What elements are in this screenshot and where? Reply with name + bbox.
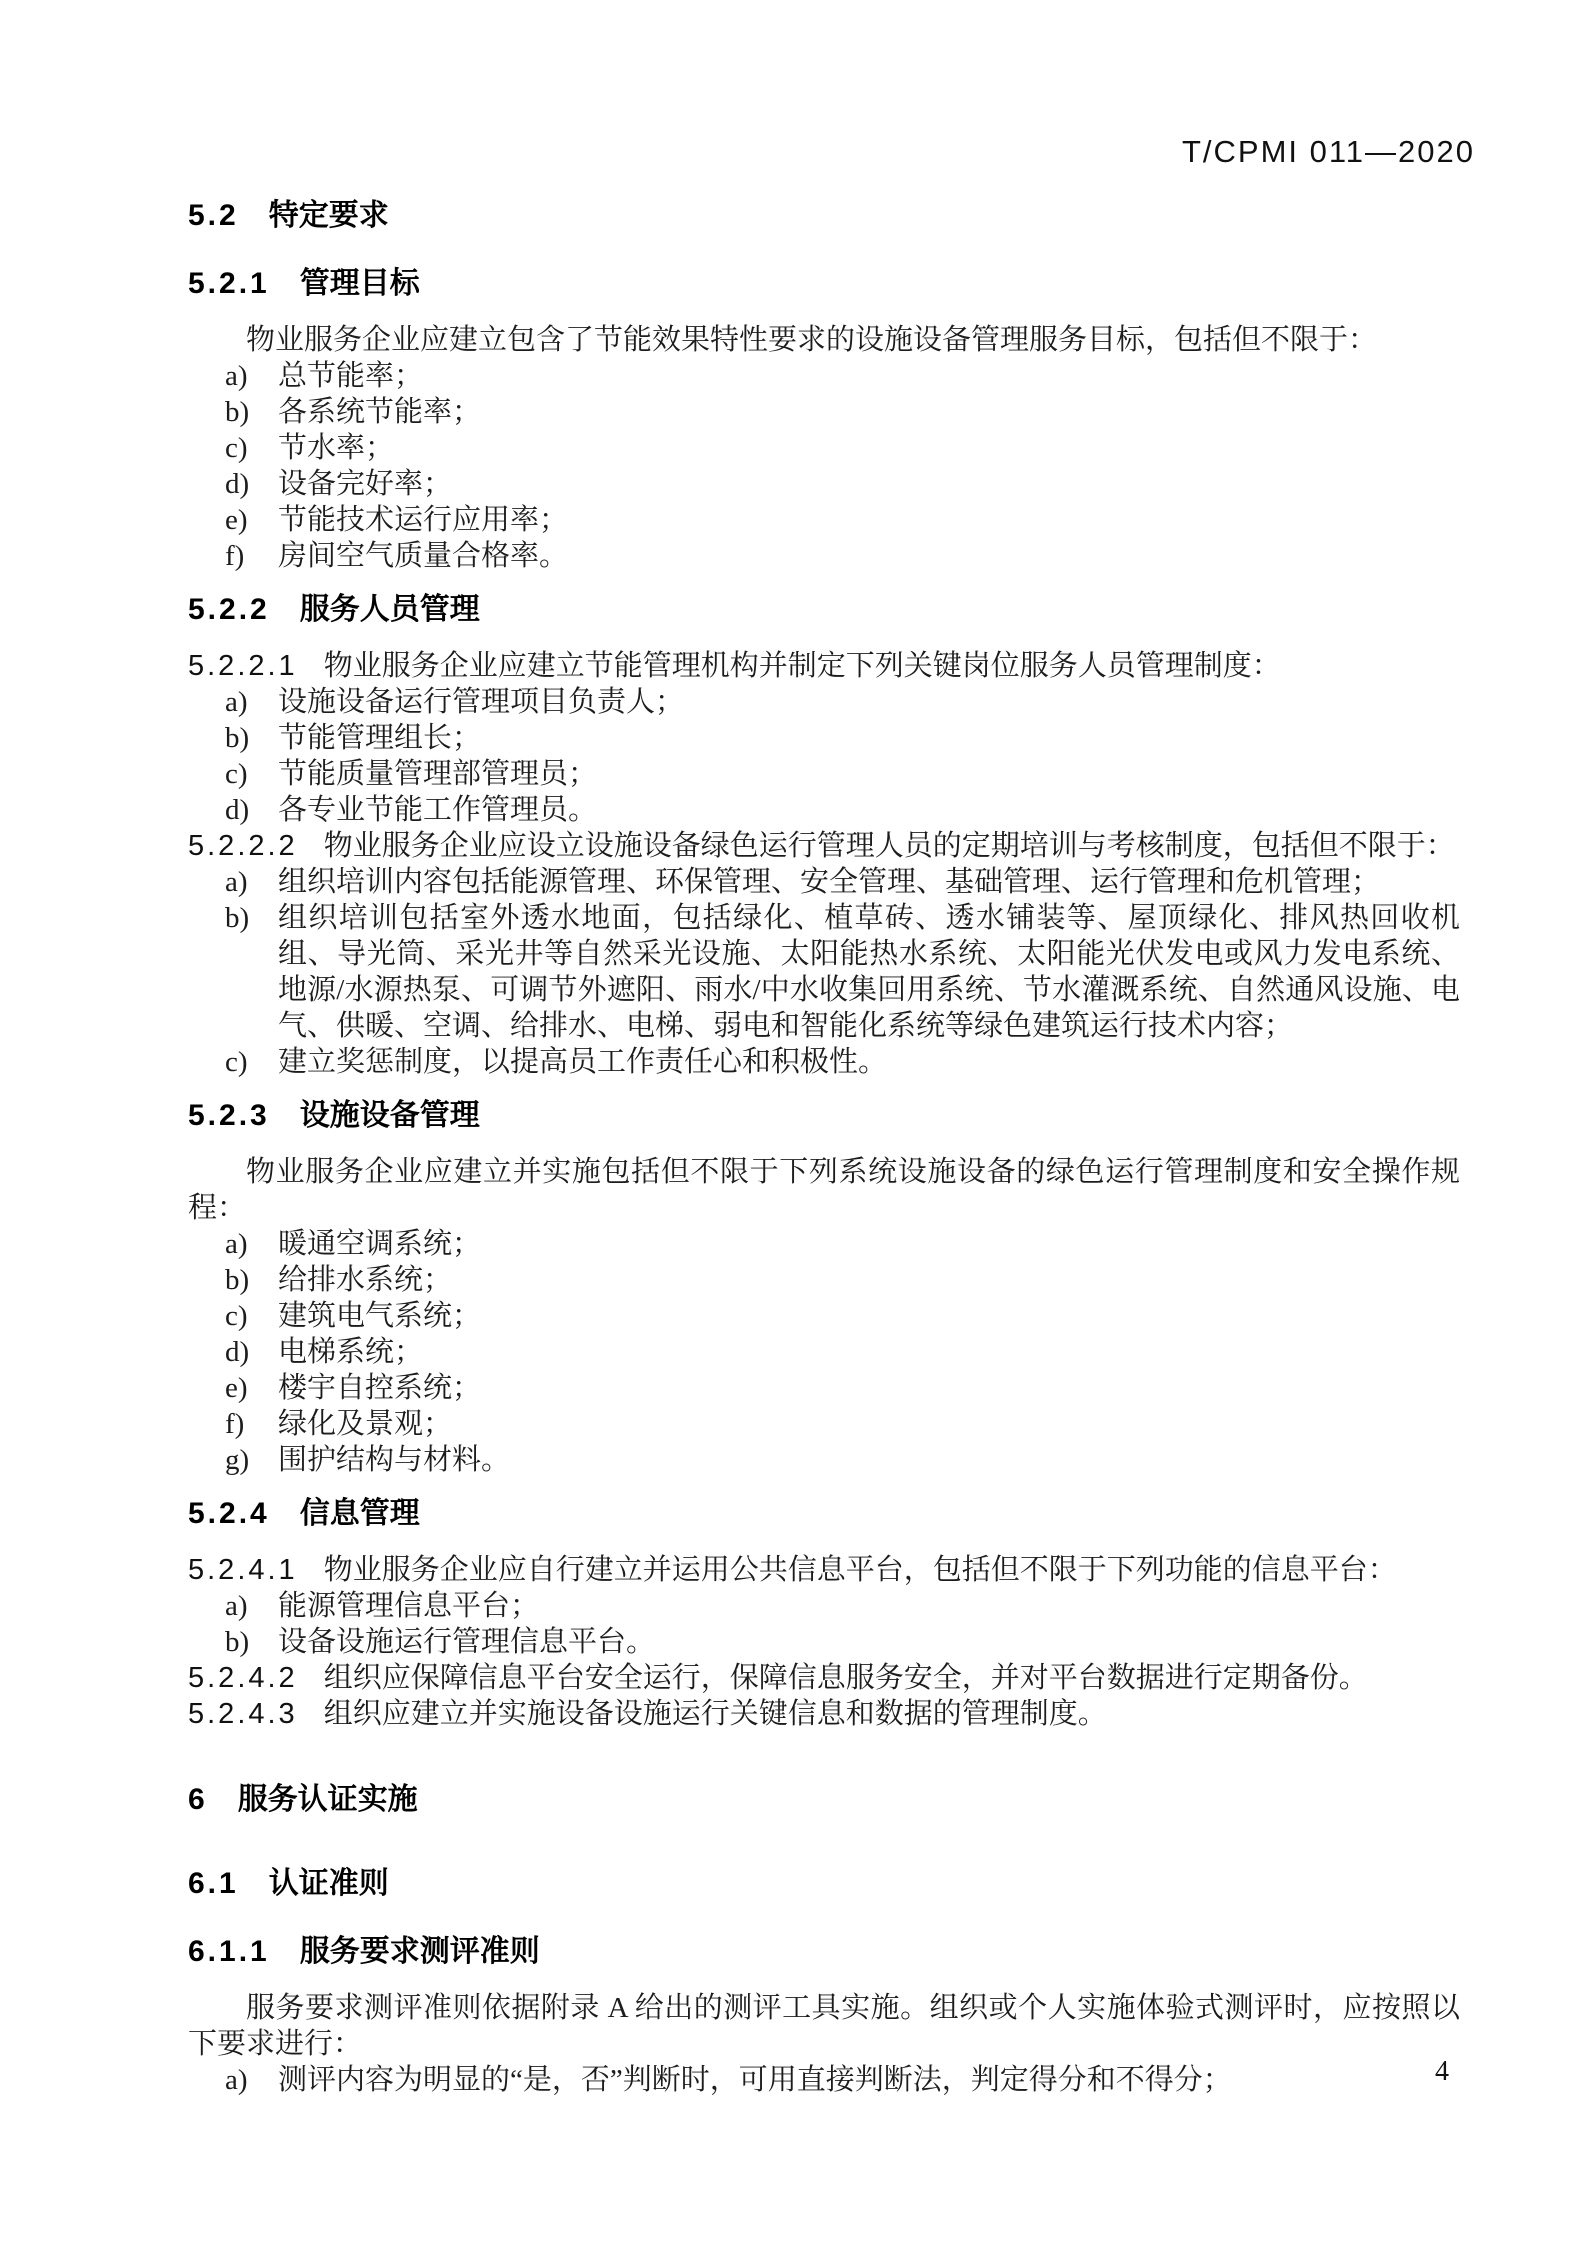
clause: 5.2.2.2物业服务企业应设立设施设备绿色运行管理人员的定期培训与考核制度，包… <box>188 828 1460 864</box>
list-item: a)暖通空调系统； <box>188 1226 1460 1262</box>
list-item-letter: c) <box>225 756 275 792</box>
list-item: b)各系统节能率； <box>188 394 1460 430</box>
list-item-letter: f) <box>225 538 275 574</box>
section-heading: 6.1认证准则 <box>188 1864 1460 1904</box>
list-item-text: 节能管理组长； <box>278 722 481 754</box>
paragraph-text: 服务要求测评准则依据附录 A 给出的测评工具实施。组织或个人实施体验式测评时，应… <box>188 1992 1460 2060</box>
list-item-text: 组织培训内容包括能源管理、环保管理、安全管理、基础管理、运行管理和危机管理； <box>278 866 1380 898</box>
clause-number: 5.2.2.1 <box>188 650 298 682</box>
list-item-text: 设施设备运行管理项目负责人； <box>278 686 684 718</box>
list-item: f)绿化及景观； <box>188 1406 1460 1442</box>
list-item-letter: b) <box>225 394 275 430</box>
list-item: a)组织培训内容包括能源管理、环保管理、安全管理、基础管理、运行管理和危机管理； <box>188 864 1460 900</box>
list-item-text: 节能技术运行应用率； <box>278 504 568 536</box>
section-title: 服务认证实施 <box>238 1783 418 1816</box>
list-item-letter: f) <box>225 1406 275 1442</box>
list-item-letter: a) <box>225 1588 275 1624</box>
document-page: T/CPMI 011—2020 5.2特定要求5.2.1管理目标物业服务企业应建… <box>0 0 1587 2245</box>
list-item-letter: d) <box>225 792 275 828</box>
section-title: 认证准则 <box>269 1867 389 1900</box>
list-item-letter: a) <box>225 2062 275 2098</box>
list-item: c)建筑电气系统； <box>188 1298 1460 1334</box>
list-item: f)房间空气质量合格率。 <box>188 538 1460 574</box>
page-number: 4 <box>1435 2056 1449 2088</box>
clause: 5.2.4.3组织应建立并实施设备设施运行关键信息和数据的管理制度。 <box>188 1696 1460 1732</box>
paragraph: 物业服务企业应建立包含了节能效果特性要求的设施设备管理服务目标，包括但不限于： <box>188 322 1460 358</box>
list-item-text: 建筑电气系统； <box>278 1300 481 1332</box>
paragraph: 物业服务企业应建立并实施包括但不限于下列系统设施设备的绿色运行管理制度和安全操作… <box>188 1154 1460 1226</box>
list-item-text: 各专业节能工作管理员。 <box>278 794 597 826</box>
list-item-letter: e) <box>225 1370 275 1406</box>
list-item: a)总节能率； <box>188 358 1460 394</box>
list-item: b)组织培训包括室外透水地面，包括绿化、植草砖、透水铺装等、屋顶绿化、排风热回收… <box>188 900 1460 1044</box>
section-number: 6.1.1 <box>188 1935 270 1968</box>
list-item-letter: a) <box>225 1226 275 1262</box>
section-heading: 6.1.1服务要求测评准则 <box>188 1932 1460 1972</box>
list-item-text: 围护结构与材料。 <box>278 1444 510 1476</box>
clause-text: 物业服务企业应建立节能管理机构并制定下列关键岗位服务人员管理制度： <box>324 650 1281 682</box>
clause-number: 5.2.4.3 <box>188 1698 298 1730</box>
section-number: 6 <box>188 1783 208 1816</box>
list-item: b)节能管理组长； <box>188 720 1460 756</box>
list-item-letter: a) <box>225 684 275 720</box>
section-heading: 5.2.3设施设备管理 <box>188 1096 1460 1136</box>
list-item: b)给排水系统； <box>188 1262 1460 1298</box>
clause-text: 物业服务企业应自行建立并运用公共信息平台，包括但不限于下列功能的信息平台： <box>324 1554 1397 1586</box>
list-item: e)楼宇自控系统； <box>188 1370 1460 1406</box>
list-item: c)节能质量管理部管理员； <box>188 756 1460 792</box>
list-item-text: 各系统节能率； <box>278 396 481 428</box>
section-title: 特定要求 <box>269 199 389 232</box>
paragraph: 服务要求测评准则依据附录 A 给出的测评工具实施。组织或个人实施体验式测评时，应… <box>188 1990 1460 2062</box>
section-number: 6.1 <box>188 1867 239 1900</box>
list-item-letter: b) <box>225 1262 275 1298</box>
list-item-letter: d) <box>225 1334 275 1370</box>
section-heading: 5.2.4信息管理 <box>188 1494 1460 1534</box>
list-item-letter: a) <box>225 864 275 900</box>
list-item-letter: c) <box>225 430 275 466</box>
section-title: 管理目标 <box>300 267 420 300</box>
list-item: g)围护结构与材料。 <box>188 1442 1460 1478</box>
section-heading: 5.2.2服务人员管理 <box>188 590 1460 630</box>
clause: 5.2.2.1物业服务企业应建立节能管理机构并制定下列关键岗位服务人员管理制度： <box>188 648 1460 684</box>
list-item-text: 给排水系统； <box>278 1264 452 1296</box>
section-title: 服务人员管理 <box>300 593 480 626</box>
list-item-text: 设备设施运行管理信息平台。 <box>278 1626 655 1658</box>
list-item-letter: b) <box>225 900 275 936</box>
clause: 5.2.4.1物业服务企业应自行建立并运用公共信息平台，包括但不限于下列功能的信… <box>188 1552 1460 1588</box>
paragraph-text: 物业服务企业应建立并实施包括但不限于下列系统设施设备的绿色运行管理制度和安全操作… <box>188 1156 1460 1224</box>
section-number: 5.2.2 <box>188 593 270 626</box>
section-number: 5.2.1 <box>188 267 270 300</box>
list-item-text: 设备完好率； <box>278 468 452 500</box>
list-item: a)测评内容为明显的“是，否”判断时，可用直接判断法，判定得分和不得分； <box>188 2062 1460 2098</box>
section-number: 5.2 <box>188 199 239 232</box>
section-title: 设施设备管理 <box>300 1099 480 1132</box>
list-item: d)各专业节能工作管理员。 <box>188 792 1460 828</box>
list-item-text: 房间空气质量合格率。 <box>278 540 568 572</box>
clause-number: 5.2.2.2 <box>188 830 298 862</box>
list-item-letter: d) <box>225 466 275 502</box>
clause: 5.2.4.2组织应保障信息平台安全运行，保障信息服务安全，并对平台数据进行定期… <box>188 1660 1460 1696</box>
clause-text: 物业服务企业应设立设施设备绿色运行管理人员的定期培训与考核制度，包括但不限于： <box>324 830 1455 862</box>
clause-number: 5.2.4.1 <box>188 1554 298 1586</box>
list-item-text: 绿化及景观； <box>278 1408 452 1440</box>
section-title: 服务要求测评准则 <box>300 1935 540 1968</box>
list-item: c)建立奖惩制度，以提高员工作责任心和积极性。 <box>188 1044 1460 1080</box>
list-item-text: 组织培训包括室外透水地面，包括绿化、植草砖、透水铺装等、屋顶绿化、排风热回收机组… <box>278 902 1460 1042</box>
document-content: 5.2特定要求5.2.1管理目标物业服务企业应建立包含了节能效果特性要求的设施设… <box>188 196 1460 2098</box>
list-item: d)电梯系统； <box>188 1334 1460 1370</box>
list-item: c)节水率； <box>188 430 1460 466</box>
paragraph-text: 物业服务企业应建立包含了节能效果特性要求的设施设备管理服务目标，包括但不限于： <box>246 324 1377 356</box>
list-item: b)设备设施运行管理信息平台。 <box>188 1624 1460 1660</box>
section-heading: 6服务认证实施 <box>188 1780 1460 1820</box>
section-heading: 5.2特定要求 <box>188 196 1460 236</box>
list-item-letter: a) <box>225 358 275 394</box>
section-number: 5.2.3 <box>188 1099 270 1132</box>
section-number: 5.2.4 <box>188 1497 270 1530</box>
list-item-text: 节能质量管理部管理员； <box>278 758 597 790</box>
clause-text: 组织应保障信息平台安全运行，保障信息服务安全，并对平台数据进行定期备份。 <box>324 1662 1368 1694</box>
list-item-letter: c) <box>225 1298 275 1334</box>
list-item-text: 能源管理信息平台； <box>278 1590 539 1622</box>
list-item-letter: g) <box>225 1442 275 1478</box>
list-item: e)节能技术运行应用率； <box>188 502 1460 538</box>
section-heading: 5.2.1管理目标 <box>188 264 1460 304</box>
list-item-text: 电梯系统； <box>278 1336 423 1368</box>
list-item: d)设备完好率； <box>188 466 1460 502</box>
list-item: a)能源管理信息平台； <box>188 1588 1460 1624</box>
list-item-text: 总节能率； <box>278 360 423 392</box>
section-title: 信息管理 <box>300 1497 420 1530</box>
standard-reference: T/CPMI 011—2020 <box>1182 134 1475 169</box>
list-item: a)设施设备运行管理项目负责人； <box>188 684 1460 720</box>
list-item-text: 暖通空调系统； <box>278 1228 481 1260</box>
page-header: T/CPMI 011—2020 <box>1182 134 1475 170</box>
list-item-letter: b) <box>225 720 275 756</box>
list-item-letter: b) <box>225 1624 275 1660</box>
list-item-text: 楼宇自控系统； <box>278 1372 481 1404</box>
clause-text: 组织应建立并实施设备设施运行关键信息和数据的管理制度。 <box>324 1698 1107 1730</box>
list-item-text: 建立奖惩制度，以提高员工作责任心和积极性。 <box>278 1046 887 1078</box>
list-item-text: 节水率； <box>278 432 394 464</box>
clause-number: 5.2.4.2 <box>188 1662 298 1694</box>
list-item-text: 测评内容为明显的“是，否”判断时，可用直接判断法，判定得分和不得分； <box>278 2064 1232 2096</box>
list-item-letter: e) <box>225 502 275 538</box>
list-item-letter: c) <box>225 1044 275 1080</box>
